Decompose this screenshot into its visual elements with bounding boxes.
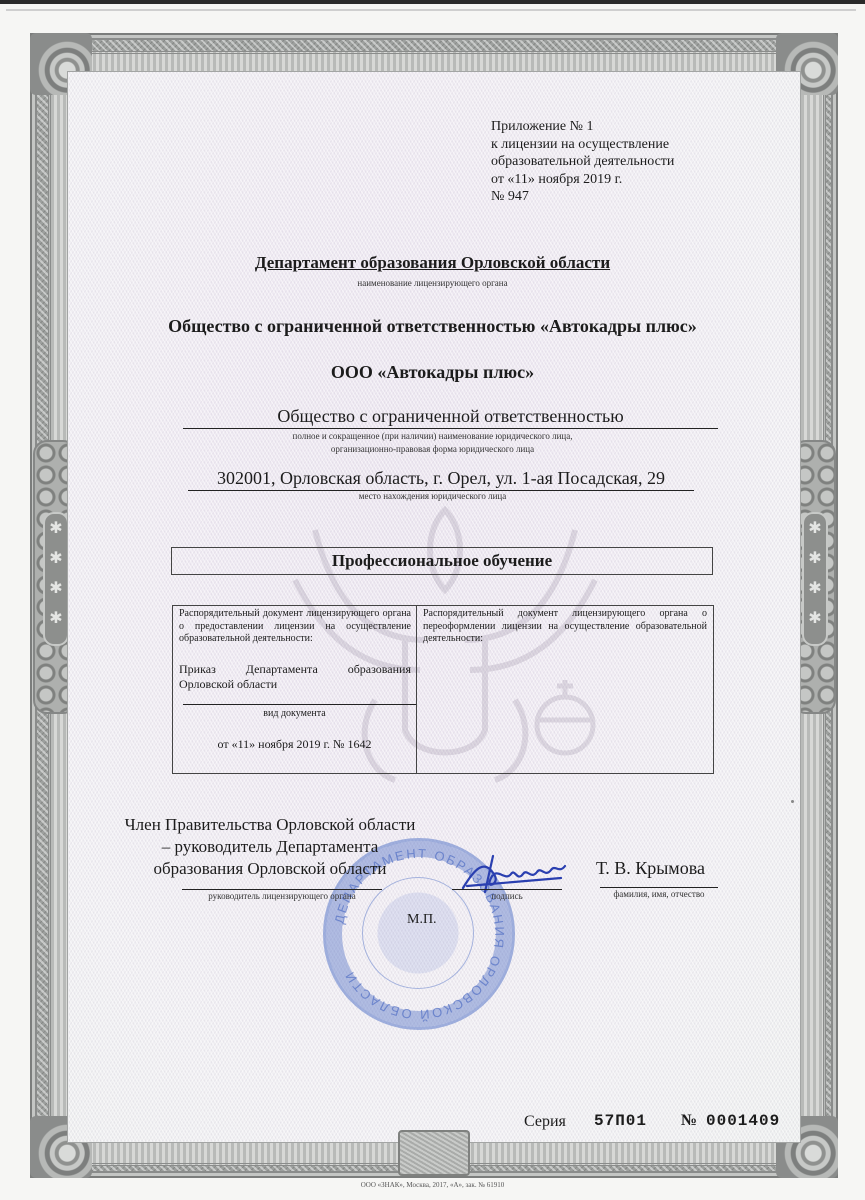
annex-line: образовательной деятельности <box>491 153 674 171</box>
document-kind-caption: вид документа <box>173 708 416 719</box>
annex-line: к лицензии на осуществление <box>491 136 674 154</box>
legal-form-field: Общество с ограниченной ответственностью <box>183 406 718 429</box>
grant-order-date-number: от «11» ноября 2019 г. № 1642 <box>173 737 416 752</box>
organization-short-name: ООО «Автокадры плюс» <box>0 362 865 383</box>
series-label: Серия <box>524 1113 566 1131</box>
address-field: 302001, Орловская область, г. Орел, ул. … <box>188 468 694 491</box>
annex-line: от «11» ноября 2019 г. <box>491 171 674 189</box>
bottom-cartouche-ornament-icon <box>398 1130 470 1176</box>
scan-artifact-line <box>6 9 856 11</box>
education-type-box: Профессиональное обучение <box>171 547 713 575</box>
divider <box>600 887 718 888</box>
address-caption: место нахождения юридического лица <box>0 491 865 501</box>
grant-order-value: Приказ Департамента образования Орловско… <box>179 662 411 692</box>
printer-imprint: ООО «ЗНАК», Москва, 2017, «А», зак. № 61… <box>0 1181 865 1189</box>
licensing-authority-caption: наименование лицензирующего органа <box>0 278 865 288</box>
scan-speck <box>791 800 794 803</box>
divider <box>183 704 416 705</box>
divider <box>182 889 382 890</box>
reissue-order-caption: Распорядительный документ лицензирующего… <box>423 608 707 646</box>
blank-number: 0001409 <box>706 1112 780 1130</box>
orders-table: Распорядительный документ лицензирующего… <box>172 605 714 774</box>
annex-line: № 947 <box>491 188 674 206</box>
signatory-name: Т. В. Крымова <box>596 858 705 879</box>
signatory-name-caption: фамилия, имя, отчество <box>592 889 726 899</box>
scan-edge <box>0 0 865 4</box>
seal-placeholder-label: М.П. <box>407 912 437 928</box>
reissue-order-cell: Распорядительный документ лицензирующего… <box>417 606 713 773</box>
annex-header: Приложение № 1 к лицензии на осуществлен… <box>491 118 674 206</box>
legal-form-caption: организационно-правовая форма юридическо… <box>0 444 865 454</box>
number-sign: № <box>681 1112 697 1130</box>
annex-line: Приложение № 1 <box>491 118 674 136</box>
grant-order-cell: Распорядительный документ лицензирующего… <box>173 606 417 773</box>
star-cartouche-icon: ✱✱✱✱ <box>802 512 828 646</box>
star-cartouche-icon: ✱✱✱✱ <box>43 512 69 646</box>
legal-form-caption: полное и сокращенное (при наличии) наиме… <box>0 431 865 441</box>
grant-order-caption: Распорядительный документ лицензирующего… <box>179 608 411 646</box>
signatory-title-caption: руководитель лицензирующего органа <box>182 891 382 901</box>
organization-full-name: Общество с ограниченной ответственностью… <box>0 316 865 337</box>
series-value: 57П01 <box>594 1112 647 1130</box>
licensing-authority: Департамент образования Орловской област… <box>0 253 865 273</box>
divider <box>452 889 562 890</box>
signature-caption: подпись <box>452 891 562 901</box>
signatory-title: Член Правительства Орловской области – р… <box>120 814 420 880</box>
